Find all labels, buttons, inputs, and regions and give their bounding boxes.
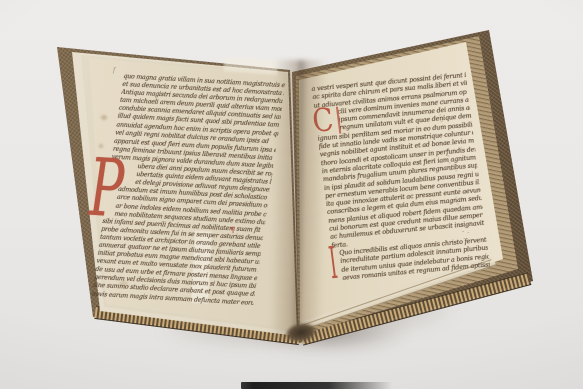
stain — [101, 115, 107, 120]
folio-mark: ſ — [113, 67, 115, 74]
gutter-shadow — [269, 60, 328, 337]
left-page-text: quo magna gratia villam in sua notitiam … — [91, 73, 286, 311]
manuscript-photo: ſ quo magna gratia villam in sua notitia… — [0, 0, 583, 389]
right-page-text: a vestri vesperi sunt que dicunt possint… — [311, 71, 491, 288]
right-text-lines: a vestri vesperi sunt que dicunt possint… — [311, 71, 491, 288]
photo-edge-object — [241, 382, 392, 389]
